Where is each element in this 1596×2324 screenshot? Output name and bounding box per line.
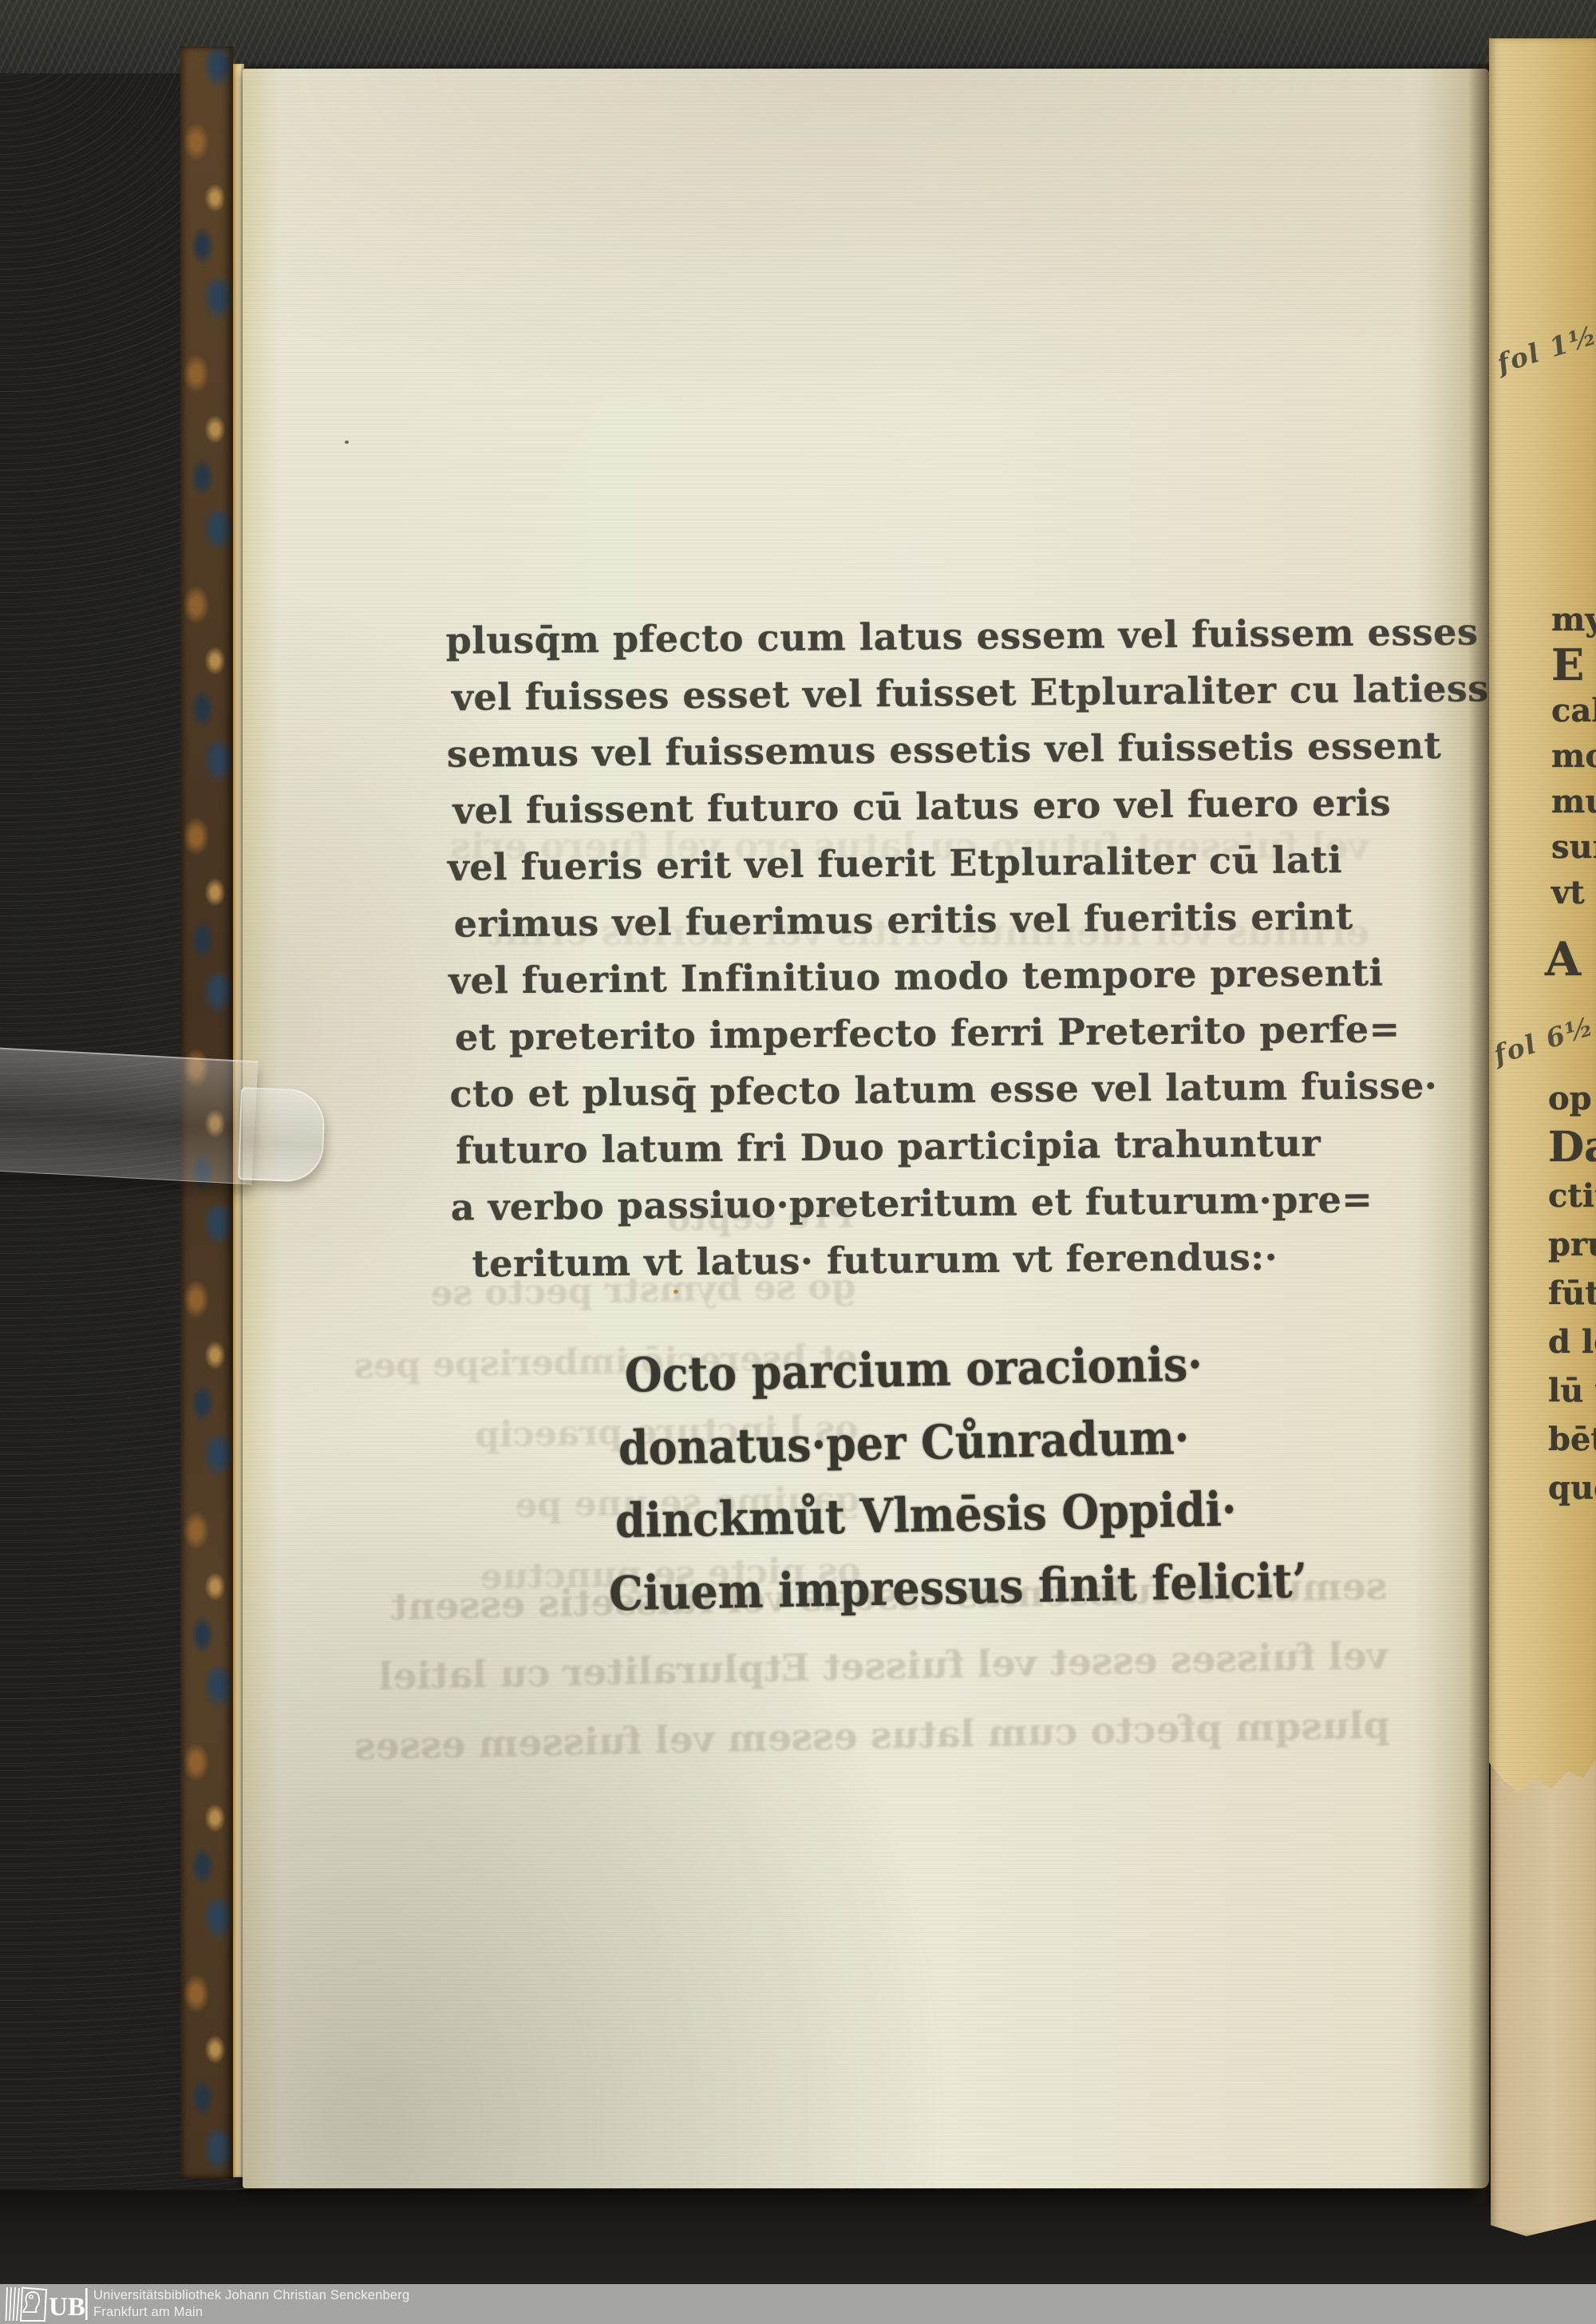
colophon-line: donatus·per Cůnradum· <box>618 1399 1305 1485</box>
printed-text-line: vel fueris erit vel fuerit Etpluraliter … <box>448 830 1522 896</box>
colophon-line: Octo parcium oracionis· <box>624 1326 1304 1412</box>
manuscript-verso-page: vel fuissent futuro cu latus ero vel fue… <box>243 69 1489 2188</box>
printed-text-line: erimus vel fuerimus eritis vel fueritis … <box>453 887 1522 953</box>
recto-text-fragment: my <box>1551 597 1596 642</box>
colophon-block: Octo parcium oracionis·donatus·per Cůnra… <box>624 1326 1308 1630</box>
printed-text-line: futuro latum fri Duo participia trahuntu… <box>456 1113 1524 1180</box>
logo-fan-lines <box>6 2287 20 2321</box>
printed-text-line: teritum vt latus· futurum vt ferendus:· <box>472 1227 1525 1293</box>
transparent-page-holder-clip <box>238 1087 326 1183</box>
recto-text-fragment: bēt <box>1548 1415 1596 1464</box>
handwritten-foliation-note-top: fol 1½. <box>1493 316 1596 379</box>
recto-text-fragment: vt <box>1551 870 1596 915</box>
recto-large-initial: A . <box>1545 935 1596 983</box>
recto-text-fragment: op <box>1548 1074 1596 1123</box>
printed-text-line: vel fuissent futuro cū latus ero vel fue… <box>452 773 1521 840</box>
goethe-profile-curl <box>30 2295 33 2298</box>
recto-text-fragment: pru <box>1548 1220 1596 1269</box>
library-watermark-bar: UB Universitätsbibliothek Johann Christi… <box>0 2284 1596 2324</box>
printed-text-line: a verbo passiuo·preteritum et futurum·pr… <box>451 1170 1525 1236</box>
library-city: Frankfurt am Main <box>93 2304 409 2321</box>
leather-cover-top-band <box>0 0 1596 73</box>
leather-cover-bottom-band <box>0 2190 1596 2286</box>
recto-text-fragment: ctiū <box>1548 1172 1596 1220</box>
recto-text-fragment: d lo <box>1548 1318 1596 1366</box>
printed-text-block: plusq̄m pfecto cum latus essem vel fuiss… <box>445 603 1525 1293</box>
digitized-book-scan: vel fuissent futuro cu latus ero vel fue… <box>0 0 1596 2324</box>
recto-text-fragment: E <box>1551 642 1596 688</box>
printed-text-line: vel fuerint Infinitiuo modo tempore pres… <box>448 943 1523 1010</box>
recto-text-fragment: cal <box>1551 688 1596 733</box>
recto-text-fragments-bottom: opDactiūprufūtd lolū tbētquō <box>1548 1074 1596 1512</box>
library-name: Universitätsbibliothek Johann Christian … <box>93 2287 409 2304</box>
recto-text-fragments-top: myEcalmomusunvt <box>1551 597 1596 915</box>
ink-speck <box>345 441 349 444</box>
recto-text-fragment: fūt <box>1548 1269 1596 1318</box>
printed-text-line: cto et plusq̄ pfecto latum esse vel latu… <box>449 1057 1523 1123</box>
colophon-line: Ciuem impressus finit felicit’ <box>608 1544 1308 1630</box>
printed-text-line: et preterito imperfecto ferri Preterito … <box>455 1000 1523 1066</box>
transparent-page-holder-strip <box>0 1047 259 1184</box>
printed-text-line: vel fuisses esset vel fuisset Etpluralit… <box>452 660 1520 726</box>
recto-text-fragment: mu <box>1551 779 1596 824</box>
ub-logo: UB <box>5 2286 93 2322</box>
recto-text-fragment: Da <box>1548 1123 1596 1172</box>
logo-separator <box>85 2288 88 2320</box>
recto-text-fragment: lū t <box>1548 1366 1596 1415</box>
printed-text-line: semus vel fuissemus essetis vel fuisseti… <box>447 717 1521 783</box>
printed-text-line: plusq̄m pfecto cum latus essem vel fuiss… <box>445 603 1519 670</box>
recto-text-fragment: sun <box>1551 824 1596 870</box>
recto-text-fragment: mo <box>1551 733 1596 779</box>
handwritten-foliation-note-mid: fol 6½ <box>1490 1010 1596 1070</box>
colophon-line: dinckmůt Vlmēsis Oppidi· <box>614 1472 1306 1558</box>
logo-abbr-text: UB <box>49 2293 85 2322</box>
recto-text-fragment: quō <box>1548 1464 1596 1512</box>
facing-recto-page: fol 1½. myEcalmomusunvt A . fol 6½ opDac… <box>1489 38 1596 1808</box>
library-attribution: Universitätsbibliothek Johann Christian … <box>93 2287 409 2320</box>
